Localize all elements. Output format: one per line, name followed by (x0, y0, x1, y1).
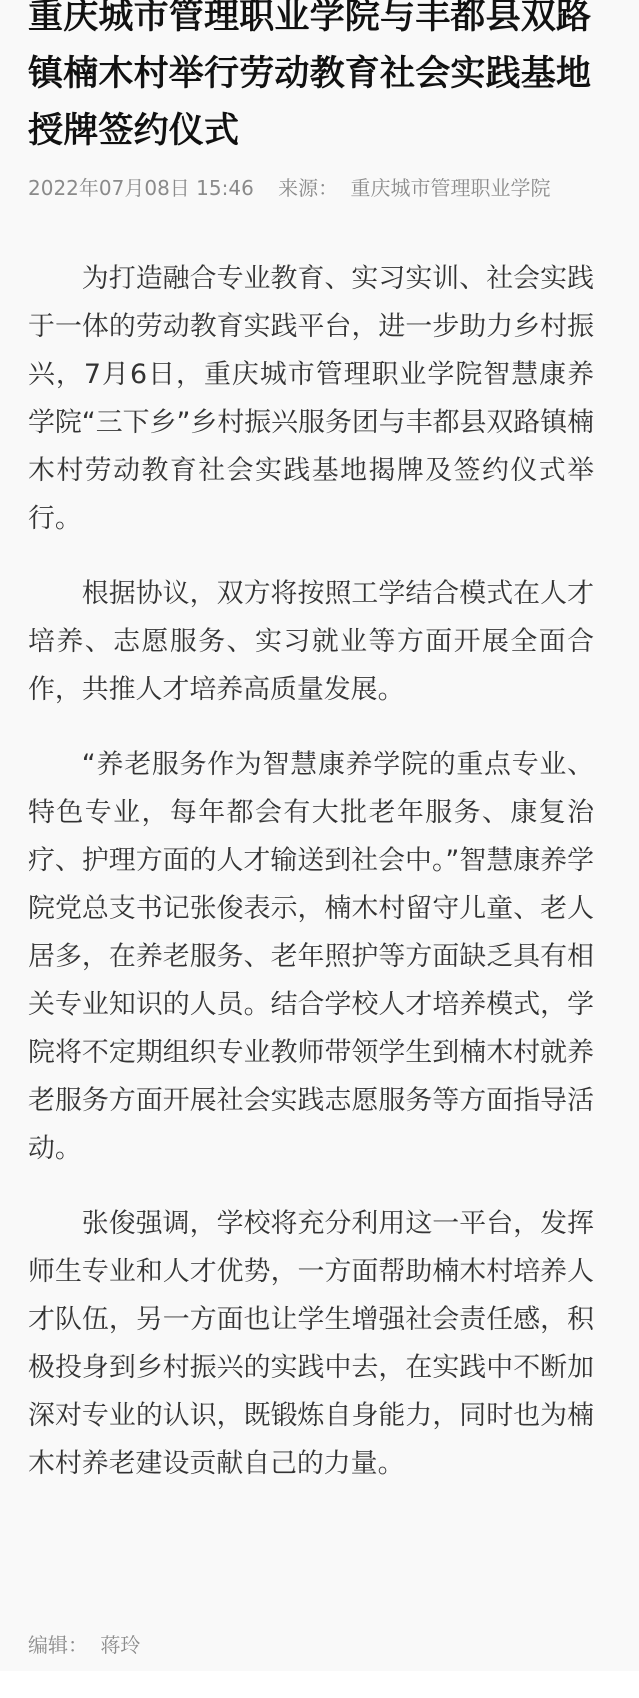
editor-label: 编辑： (28, 1633, 88, 1657)
paragraph: 为打造融合专业教育、实习实训、社会实践于一体的劳动教育实践平台，进一步助力乡村振… (28, 255, 594, 543)
article-title: 重庆城市管理职业学院与丰都县双路镇楠木村举行劳动教育社会实践基地授牌签约仪式 (28, 0, 598, 160)
source-name: 重庆城市管理职业学院 (351, 176, 551, 200)
paragraph: 根据协议，双方将按照工学结合模式在人才培养、志愿服务、实习就业等方面开展全面合作… (28, 570, 594, 714)
editor-name: 蒋玲 (100, 1633, 140, 1657)
article-editor: 编辑： 蒋玲 (28, 1631, 140, 1659)
article-meta: 2022年07月08日 15:46 来源： 重庆城市管理职业学院 (28, 174, 551, 202)
paragraph: 张俊强调，学校将充分利用这一平台，发挥师生专业和人才优势，一方面帮助楠木村培养人… (28, 1200, 594, 1488)
paragraph: “养老服务作为智慧康养学院的重点专业、特色专业，每年都会有大批老年服务、康复治疗… (28, 741, 594, 1173)
publish-date: 2022年07月08日 15:46 (28, 176, 254, 200)
article-body: 为打造融合专业教育、实习实训、社会实践于一体的劳动教育实践平台，进一步助力乡村振… (28, 255, 594, 1515)
source-label: 来源： (278, 176, 338, 200)
article-container: 重庆城市管理职业学院与丰都县双路镇楠木村举行劳动教育社会实践基地授牌签约仪式 2… (0, 0, 639, 1671)
